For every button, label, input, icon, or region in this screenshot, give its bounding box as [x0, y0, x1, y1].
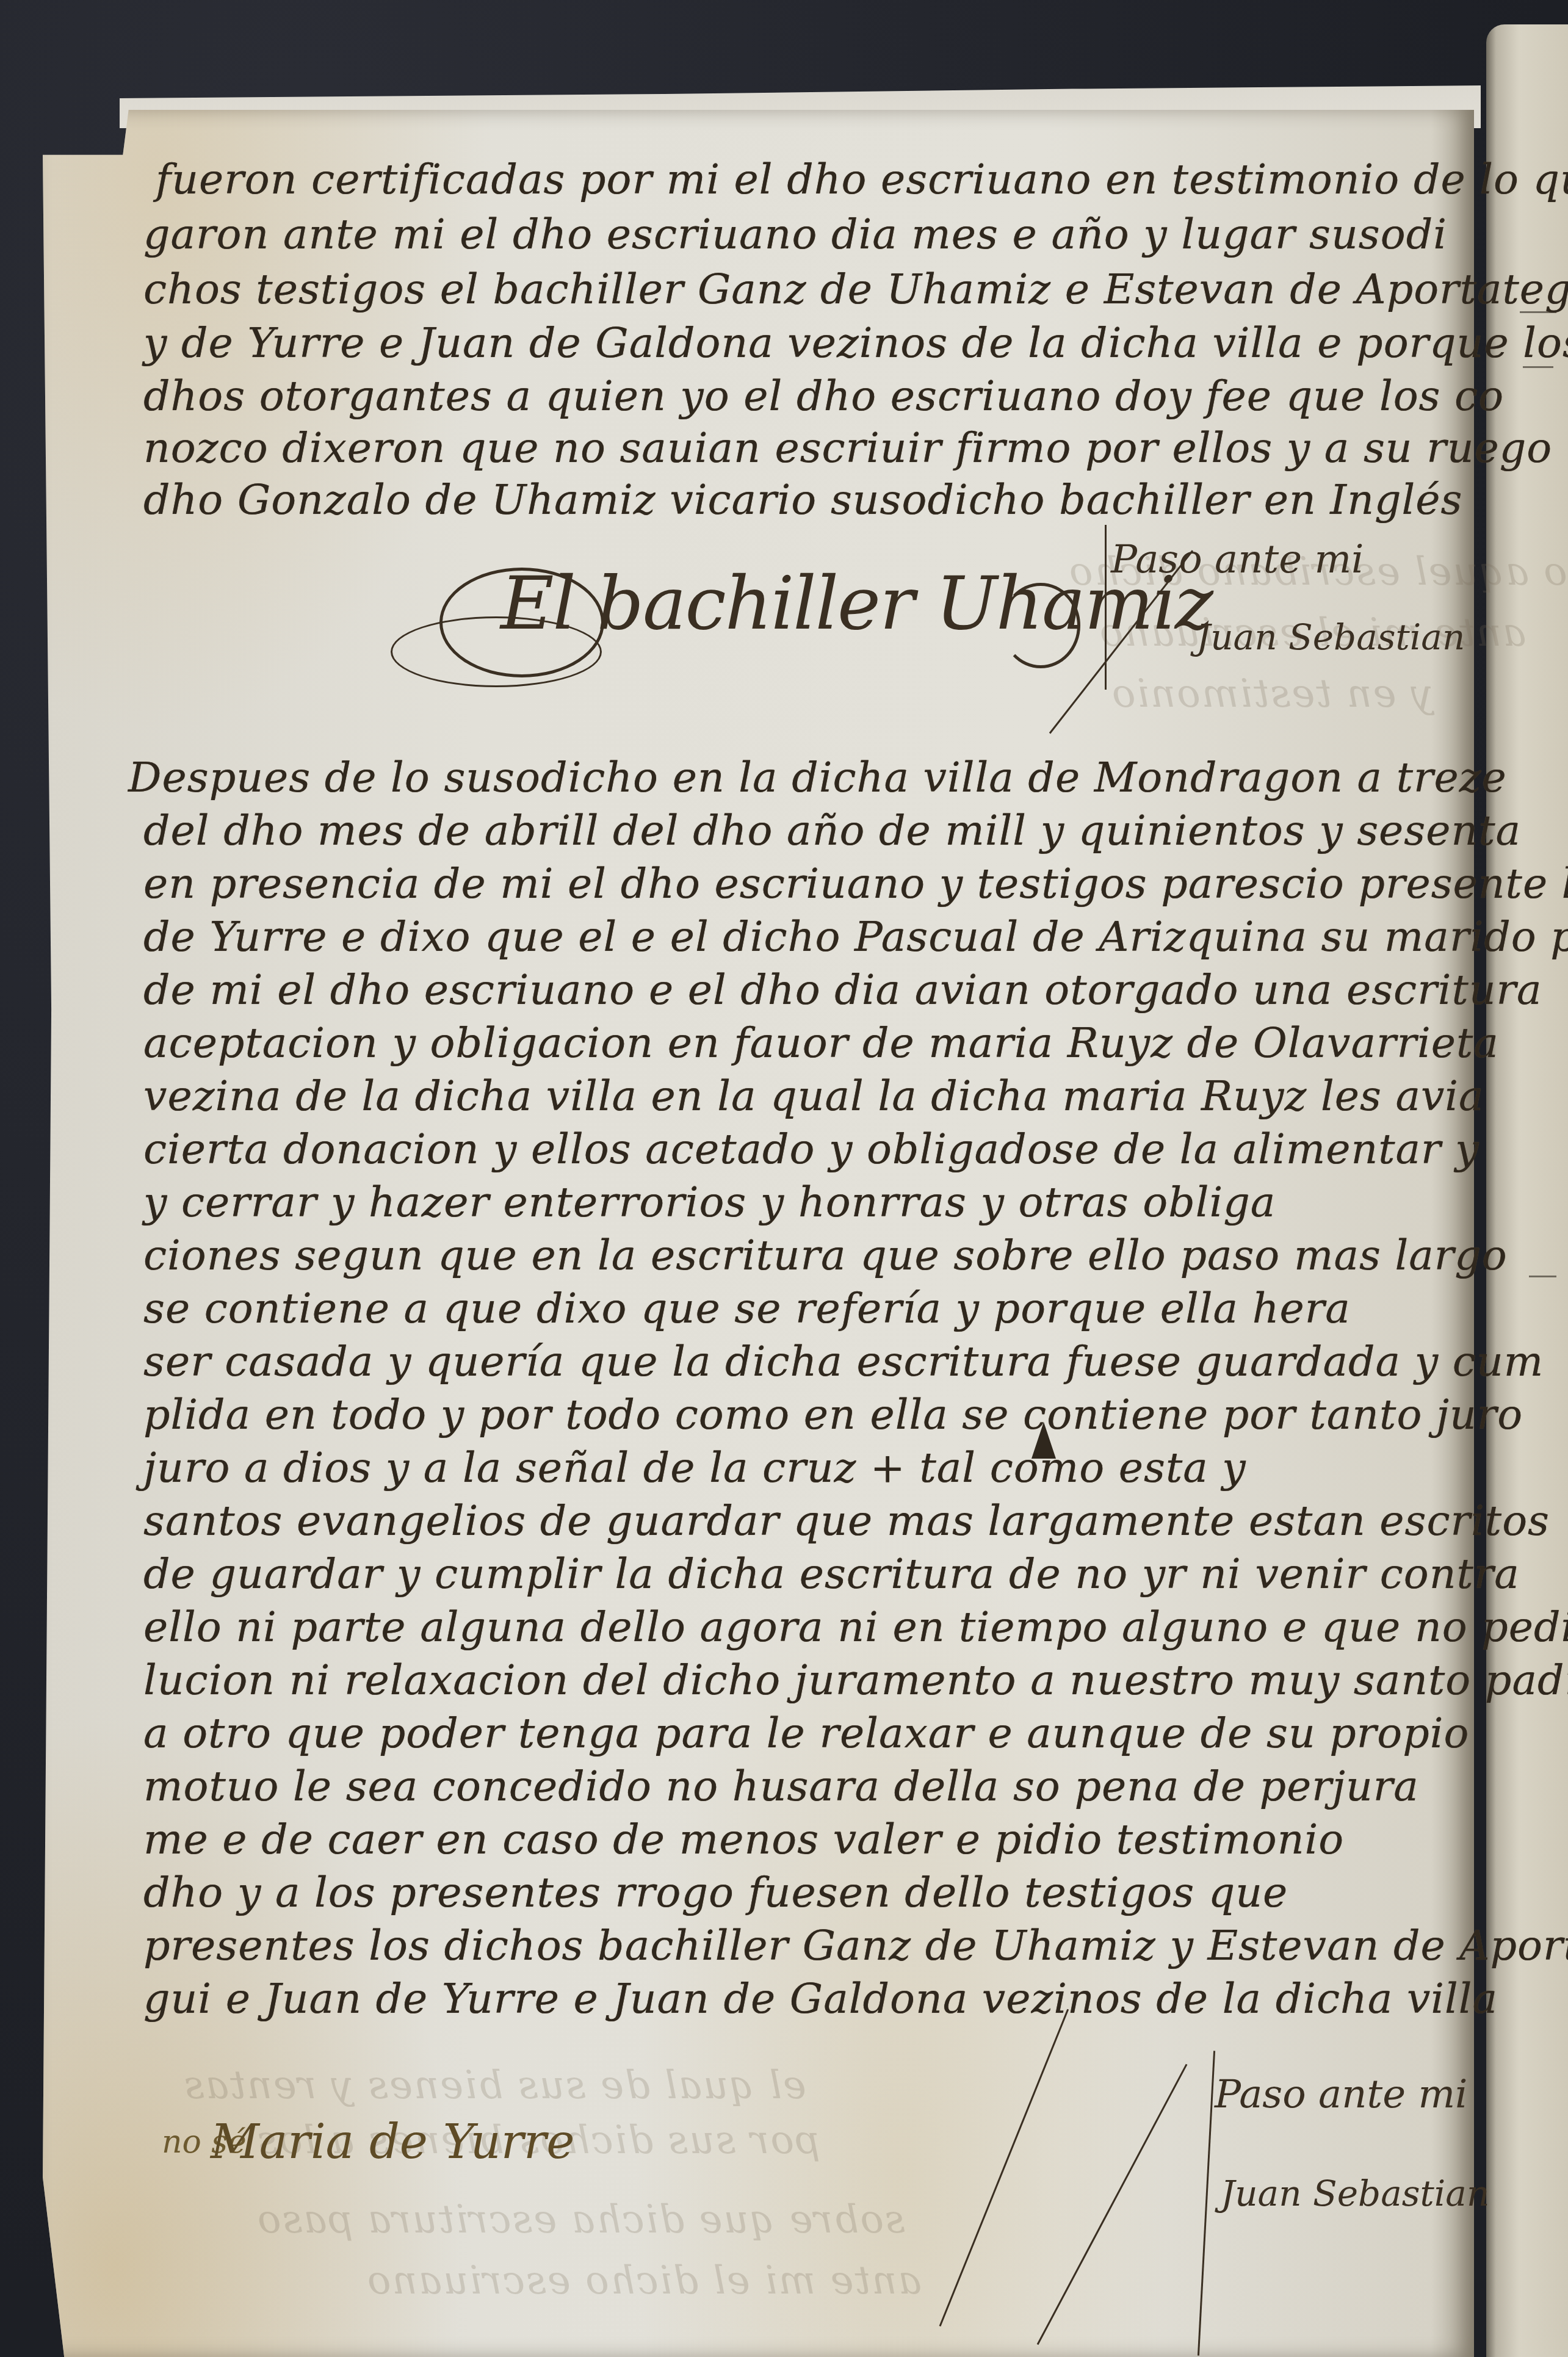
manuscript-line: a otro que poder tenga para le relaxar e…: [143, 1709, 1470, 1758]
bleed-through-text: y en testimonio: [1111, 671, 1433, 716]
bleed-through-text: el qual de sus bienes y rentas: [183, 2063, 806, 2108]
ink-stroke: [1529, 1276, 1556, 1277]
manuscript-line: garon ante mi el dho escriuano dia mes e…: [143, 211, 1447, 259]
manuscript-line: se contiene a que dixo que se refería y …: [143, 1285, 1351, 1333]
maria-signature: Maria de Yurre: [211, 2115, 574, 2170]
manuscript-line: de guardar y cumplir la dicha escritura …: [143, 1550, 1520, 1598]
manuscript-line: del dho mes de abrill del dho año de mil…: [143, 807, 1521, 855]
manuscript-line: de Yurre e dixo que el e el dicho Pascua…: [143, 913, 1568, 961]
manuscript-line: Despues de lo susodicho en la dicha vill…: [128, 754, 1507, 802]
manuscript-line: presentes los dichos bachiller Ganz de U…: [143, 1922, 1568, 1970]
manuscript-line: cierta donacion y ellos acetado y obliga…: [143, 1125, 1479, 1174]
manuscript-line: dho Gonzalo de Uhamiz vicario susodicho …: [143, 476, 1462, 524]
manuscript-line: en presencia de mi el dho escriuano y te…: [143, 860, 1568, 908]
manuscript-line: ciones segun que en la escritura que sob…: [143, 1232, 1508, 1280]
manuscript-line: santos evangelios de guardar que mas lar…: [143, 1497, 1550, 1545]
manuscript-line: dhos otorgantes a quien yo el dho escriu…: [143, 372, 1504, 421]
manuscript-line: dho y a los presentes rrogo fuesen dello…: [143, 1869, 1288, 1917]
notary-signature: Juan Sebastian: [1221, 2173, 1489, 2214]
paso-ante-mi: Paso ante mi: [1215, 2072, 1468, 2117]
manuscript-line: plida en todo y por todo como en ella se…: [143, 1391, 1523, 1439]
manuscript-line: ser casada y quería que la dicha escritu…: [143, 1338, 1544, 1386]
manuscript-line: de mi el dho escriuano e el dho dia avia…: [143, 966, 1542, 1014]
manuscript-line: motuo le sea concedido no husara della s…: [143, 1763, 1419, 1811]
bleed-through-text: sobre que dicha escritura paso: [256, 2197, 905, 2242]
manuscript-line: lucion ni relaxacion del dicho juramento…: [143, 1656, 1568, 1705]
manuscript-line: juro a dios y a la señal de la cruz + ta…: [143, 1444, 1246, 1492]
manuscript-line: aceptacion y obligacion en fauor de mari…: [143, 1019, 1499, 1067]
manuscript-line: chos testigos el bachiller Ganz de Uhami…: [143, 265, 1568, 314]
manuscript-line: fueron certificadas por mi el dho escriu…: [156, 156, 1568, 204]
manuscript-line: vezina de la dicha villa en la qual la d…: [143, 1072, 1484, 1121]
signature-rule: [1105, 525, 1107, 690]
bleed-through-text: ante mi el dicho escriuano: [366, 2258, 922, 2303]
signature-flourish: [1001, 583, 1080, 668]
paso-ante-mi: Paso ante mi: [1111, 537, 1364, 582]
manuscript-line: ello ni parte alguna dello agora ni en t…: [143, 1603, 1568, 1651]
manuscript-line: y de Yurre e Juan de Galdona vezinos de …: [143, 319, 1568, 367]
manuscript-line: gui e Juan de Yurre e Juan de Galdona ve…: [143, 1975, 1498, 2023]
manuscript-line: me e de caer en caso de menos valer e pi…: [143, 1816, 1344, 1864]
manuscript-line: nozco dixeron que no sauian escriuir fir…: [143, 424, 1552, 472]
notary-signature: Juan Sebastian: [1196, 616, 1465, 658]
manuscript-line: y cerrar y hazer enterrorios y honrras y…: [143, 1178, 1276, 1227]
